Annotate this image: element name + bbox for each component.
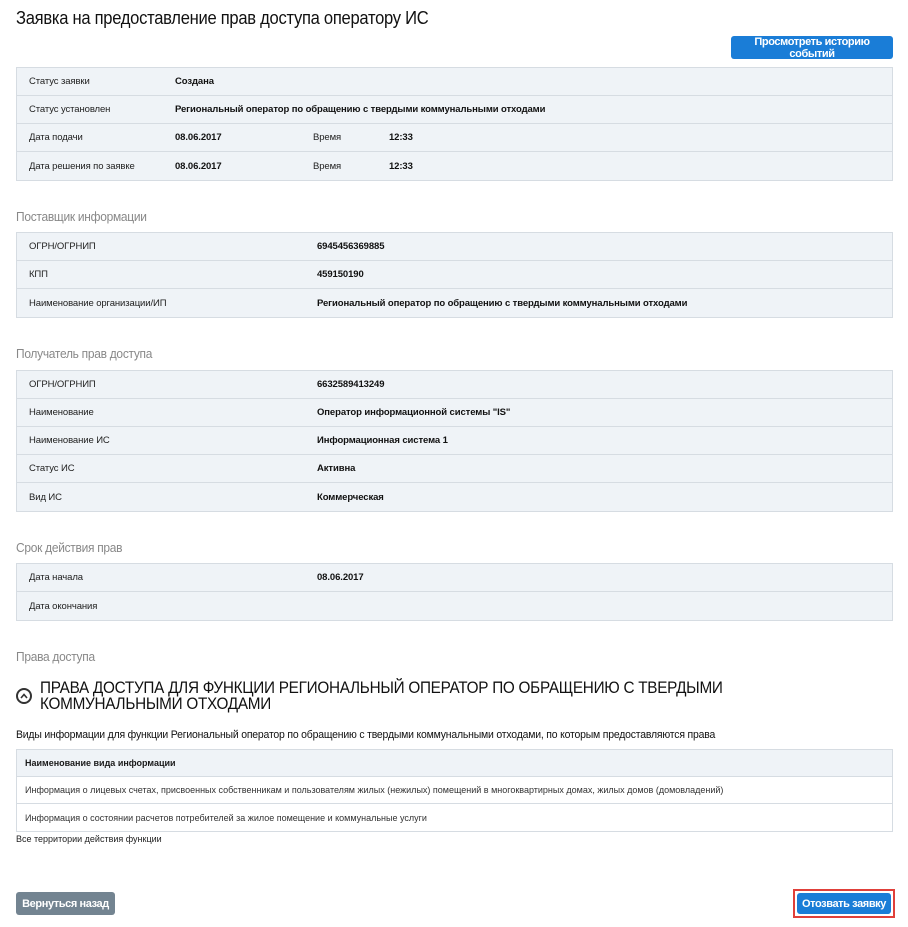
table-row: Дата подачи 08.06.2017 Время 12:33 (17, 124, 892, 152)
row-label: Дата окончания (17, 601, 317, 612)
row-value: Региональный оператор по обращению с тве… (317, 298, 687, 309)
row-label: Статус ИС (17, 463, 317, 474)
table-row: Информация о состоянии расчетов потребит… (17, 804, 892, 831)
row-label: Дата решения по заявке (17, 161, 175, 172)
row-label: Вид ИС (17, 492, 317, 503)
rights-section-title: Права доступа (16, 649, 95, 664)
table-row: Статус установлен Региональный оператор … (17, 96, 892, 124)
row-label: Статус установлен (17, 104, 175, 115)
status-table: Статус заявки Создана Статус установлен … (16, 67, 893, 181)
decision-time: 12:33 (389, 161, 413, 172)
back-button[interactable]: Вернуться назад (16, 892, 115, 915)
row-label: ОГРН/ОГРНИП (17, 379, 317, 390)
revoke-button-highlight: Отозвать заявку (793, 889, 895, 918)
function-accordion-header[interactable]: Права доступа для функции Региональный о… (16, 680, 908, 712)
submit-date: 08.06.2017 (175, 132, 313, 143)
row-label: Наименование (17, 407, 317, 418)
row-label: Наименование ИС (17, 435, 317, 446)
table-header: Наименование вида информации (17, 750, 892, 777)
time-label: Время (313, 161, 389, 172)
table-row: Наименование организации/ИП Региональный… (17, 289, 892, 317)
supplier-section-title: Поставщик информации (16, 209, 147, 224)
table-row: ОГРН/ОГРНИП 6945456369885 (17, 233, 892, 261)
request-status: Создана (175, 76, 214, 87)
row-value: Коммерческая (317, 492, 384, 503)
decision-date: 08.06.2017 (175, 161, 313, 172)
function-description: Виды информации для функции Региональный… (16, 729, 715, 741)
supplier-table: ОГРН/ОГРНИП 6945456369885 КПП 459150190 … (16, 232, 893, 318)
chevron-up-circle-icon[interactable] (16, 688, 32, 704)
table-row: Дата окончания (17, 592, 892, 620)
function-title: Права доступа для функции Региональный о… (40, 680, 850, 712)
row-label: Статус заявки (17, 76, 175, 87)
validity-table: Дата начала 08.06.2017 Дата окончания (16, 563, 893, 621)
table-row: Вид ИС Коммерческая (17, 483, 892, 511)
table-row: Дата решения по заявке 08.06.2017 Время … (17, 152, 892, 180)
row-label: Дата подачи (17, 132, 175, 143)
table-row: Статус ИС Активна (17, 455, 892, 483)
validity-section-title: Срок действия прав (16, 540, 122, 555)
view-history-button[interactable]: Просмотреть историю событий (731, 36, 893, 59)
time-label: Время (313, 132, 389, 143)
table-row: Статус заявки Создана (17, 68, 892, 96)
row-value: 6632589413249 (317, 379, 384, 390)
row-value: 459150190 (317, 269, 364, 280)
row-label: Наименование организации/ИП (17, 298, 317, 309)
territory-note: Все территории действия функции (16, 834, 162, 844)
info-types-table: Наименование вида информации Информация … (16, 749, 893, 832)
table-row: Дата начала 08.06.2017 (17, 564, 892, 592)
recipient-section-title: Получатель прав доступа (16, 346, 152, 361)
start-date: 08.06.2017 (317, 572, 364, 583)
row-value: 6945456369885 (317, 241, 384, 252)
table-row: Наименование Оператор информационной сис… (17, 399, 892, 427)
table-row: Информация о лицевых счетах, присвоенных… (17, 777, 892, 804)
table-row: Наименование ИС Информационная система 1 (17, 427, 892, 455)
page-title: Заявка на предоставление прав доступа оп… (16, 8, 428, 29)
row-value: Информационная система 1 (317, 435, 448, 446)
row-value: Активна (317, 463, 355, 474)
row-label: КПП (17, 269, 317, 280)
row-label: Дата начала (17, 572, 317, 583)
table-row: ОГРН/ОГРНИП 6632589413249 (17, 371, 892, 399)
row-label: ОГРН/ОГРНИП (17, 241, 317, 252)
recipient-table: ОГРН/ОГРНИП 6632589413249 Наименование О… (16, 370, 893, 512)
table-row: КПП 459150190 (17, 261, 892, 289)
submit-time: 12:33 (389, 132, 413, 143)
status-set-by: Региональный оператор по обращению с тве… (175, 104, 545, 115)
revoke-request-button[interactable]: Отозвать заявку (797, 893, 891, 914)
row-value: Оператор информационной системы "IS" (317, 407, 510, 418)
